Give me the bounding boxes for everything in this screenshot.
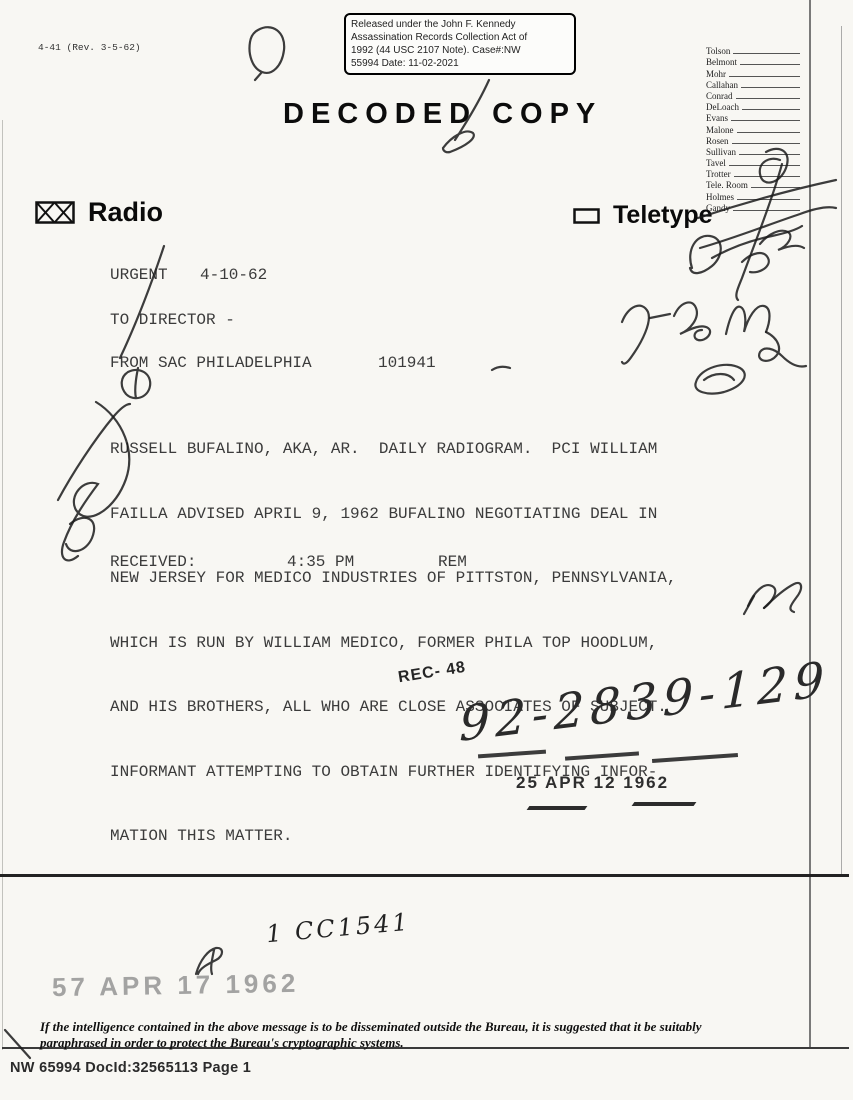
teletype-option: Teletype <box>573 201 713 230</box>
routing-name: Conrad <box>706 91 733 101</box>
page-title: DECODED COPY <box>283 98 602 131</box>
routing-name: Belmont <box>706 57 737 67</box>
routing-name-row: Trotter <box>706 168 802 179</box>
filing-date-stamp: 57 APR 17 1962 <box>52 968 300 1003</box>
routing-name: Mohr <box>706 69 726 79</box>
routing-scribble <box>700 207 836 248</box>
routing-name-row: Malone <box>706 123 802 134</box>
routing-name-row: Gandy <box>706 202 802 213</box>
routing-name-row: Tele. Room <box>706 179 802 190</box>
stamp-dash-mark <box>527 806 588 810</box>
routing-name-row: Conrad <box>706 90 802 101</box>
signature-scribble <box>712 226 802 258</box>
routing-line <box>733 210 800 211</box>
caution-line: If the intelligence contained in the abo… <box>40 1019 810 1035</box>
right-inner-border <box>809 0 811 1048</box>
message-date: 4-10-62 <box>200 266 267 284</box>
routing-name: Malone <box>706 125 734 135</box>
routing-line <box>729 76 800 77</box>
message-body-line: MATION THIS MATTER. <box>110 826 677 848</box>
initials-scribble <box>726 306 770 334</box>
routing-name: Evans <box>706 113 728 123</box>
form-number: 4-41 (Rev. 3-5-62) <box>38 42 141 53</box>
routing-line <box>729 165 800 166</box>
from-line: FROM SAC PHILADELPHIA <box>110 354 312 372</box>
message-body-line: WHICH IS RUN BY WILLIAM MEDICO, FORMER P… <box>110 633 677 655</box>
urgent-slash-mark <box>120 246 164 358</box>
routing-line <box>734 176 800 177</box>
right-initials-scribble <box>748 585 775 608</box>
radio-option: Radio <box>35 197 163 228</box>
sac-circle-mark <box>122 368 150 398</box>
archive-reference: NW 65994 DocId:32565113 Page 1 <box>10 1060 251 1076</box>
release-stamp-line: 55994 Date: 11-02-2021 <box>351 57 569 70</box>
routing-line <box>739 154 800 155</box>
initials-scribble <box>650 314 670 318</box>
signature-scribble <box>760 231 804 250</box>
received-operator: REM <box>438 553 467 571</box>
routing-line <box>742 109 800 110</box>
routing-name: Rosen <box>706 136 729 146</box>
routing-name: Tavel <box>706 158 726 168</box>
routing-name: Sullivan <box>706 147 736 157</box>
caution-text: If the intelligence contained in the abo… <box>40 1019 810 1050</box>
routing-line <box>751 187 800 188</box>
routing-name: Tele. Room <box>706 180 748 190</box>
routing-name-row: Mohr <box>706 67 802 78</box>
teletype-checkbox-icon <box>573 208 600 224</box>
stamp-dash-mark <box>632 802 697 806</box>
routing-name-row: Tavel <box>706 157 802 168</box>
initials-scribble <box>622 306 649 364</box>
message-body-line: RUSSELL BUFALINO, AKA, AR. DAILY RADIOGR… <box>110 439 677 461</box>
oval-scribble <box>695 365 744 394</box>
routing-list: Tolson Belmont Mohr Callahan Conrad DeLo… <box>706 45 802 213</box>
routing-name-row: Evans <box>706 112 802 123</box>
received-date-stamp: 25 APR 12 1962 <box>516 773 669 793</box>
routing-scribble <box>742 253 769 272</box>
message-body-line: FAILLA ADVISED APRIL 9, 1962 BUFALINO NE… <box>110 504 677 526</box>
left-border <box>2 120 3 1050</box>
message-body-line: NEW JERSEY FOR MEDICO INDUSTRIES OF PITT… <box>110 568 677 590</box>
tilde-mark <box>492 367 510 370</box>
right-initials-scribble <box>764 583 801 612</box>
caution-line: paraphrased in order to protect the Bure… <box>40 1035 810 1051</box>
corner-mark <box>5 1030 30 1058</box>
received-label: RECEIVED: <box>110 553 196 571</box>
margin-scribble <box>66 518 94 551</box>
routing-name: DeLoach <box>706 102 739 112</box>
routing-line <box>731 120 800 121</box>
initials-scribble <box>759 332 806 367</box>
release-stamp: Released under the John F. Kennedy Assas… <box>344 13 576 75</box>
right-outer-border <box>841 26 842 876</box>
handwritten-note: 1 CC1541 <box>265 908 412 949</box>
urgency-text: URGENT <box>110 266 168 284</box>
routing-name: Trotter <box>706 169 731 179</box>
routing-line <box>737 199 800 200</box>
message-body: RUSSELL BUFALINO, AKA, AR. DAILY RADIOGR… <box>110 396 677 891</box>
signature-scribble <box>690 236 721 273</box>
routing-line <box>741 87 800 88</box>
routing-line <box>736 98 801 99</box>
routing-name-row: Rosen <box>706 135 802 146</box>
message-number: 101941 <box>378 354 436 372</box>
release-stamp-line: Released under the John F. Kennedy <box>351 18 569 31</box>
received-time: 4:35 PM <box>287 553 354 571</box>
right-initials-scribble <box>744 596 754 614</box>
to-line: TO DIRECTOR - <box>110 311 235 329</box>
routing-line <box>733 53 800 54</box>
routing-name-row: Holmes <box>706 190 802 201</box>
release-stamp-line: Assassination Records Collection Act of <box>351 31 569 44</box>
routing-name-row: Belmont <box>706 56 802 67</box>
initials-scribble <box>674 302 710 340</box>
routing-name: Callahan <box>706 80 738 90</box>
routing-name-row: Sullivan <box>706 146 802 157</box>
routing-name-row: Tolson <box>706 45 802 56</box>
routing-name-row: Callahan <box>706 79 802 90</box>
release-stamp-line: 1992 (44 USC 2107 Note). Case#:NW <box>351 44 569 57</box>
routing-name: Tolson <box>706 46 730 56</box>
oval-mark <box>250 27 285 80</box>
routing-name-row: DeLoach <box>706 101 802 112</box>
routing-line <box>732 143 801 144</box>
routing-line <box>740 64 800 65</box>
document-page: 4-41 (Rev. 3-5-62) Released under the Jo… <box>0 0 853 1100</box>
routing-line <box>737 132 801 133</box>
teletype-label: Teletype <box>613 201 713 230</box>
radio-label: Radio <box>88 197 163 228</box>
radio-checkbox-icon <box>35 201 75 224</box>
